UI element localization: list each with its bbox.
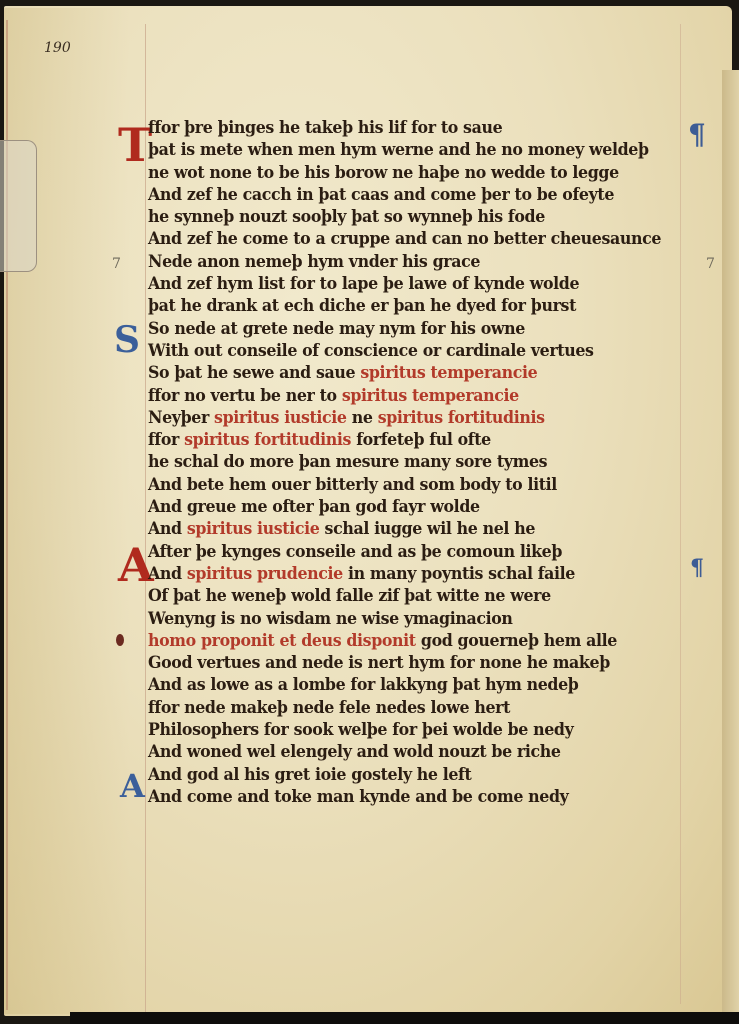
body-text: ffor no vertu be ner to (148, 386, 342, 406)
body-text: Philosophers for sook welþe for þei wold… (148, 720, 573, 740)
text-line: ffor þre þinges he takeþ his lif for to … (148, 117, 687, 139)
body-text: Wenyng is no wisdam ne wise ymaginacion (148, 609, 513, 629)
rubric-text: spiritus temperancie (342, 386, 519, 406)
text-line: he synneþ nouzt sooþly þat so wynneþ his… (148, 206, 687, 228)
rubric-text: spiritus iusticie (214, 408, 347, 428)
text-line: And zef he cacch in þat caas and come þe… (148, 184, 687, 206)
text-line: So nede at grete nede may nym for his ow… (148, 318, 687, 340)
body-text: he synneþ nouzt sooþly þat so wynneþ his… (148, 207, 545, 227)
body-text: god gouerneþ hem alle (416, 631, 617, 651)
text-line: ffor nede makeþ nede fele nedes lowe her… (148, 697, 687, 719)
body-text: And bete hem ouer bitterly and som body … (148, 475, 557, 495)
text-line: Philosophers for sook welþe for þei wold… (148, 719, 687, 741)
rubric-text: spiritus prudencie (187, 564, 343, 584)
text-line: And woned wel elengely and wold nouzt be… (148, 741, 687, 763)
decorated-initial-blue: A (120, 770, 145, 802)
text-line: After þe kynges conseile and as þe comou… (148, 541, 687, 563)
body-text: And zef he cacch in þat caas and come þe… (148, 185, 614, 205)
body-text: in many poyntis schal faile (343, 564, 575, 584)
folio-number: 190 (44, 40, 71, 56)
rubric-text: spiritus fortitudinis (184, 430, 351, 450)
body-text: Good vertues and nede is nert hym for no… (148, 653, 610, 673)
text-line: Neyþer spiritus iusticie ne spiritus for… (148, 407, 687, 429)
text-line: Nede anon nemeþ hym vnder his grace (148, 251, 687, 273)
body-text: ne (347, 408, 378, 428)
body-text: And (148, 564, 187, 584)
body-text: he schal do more þan mesure many sore ty… (148, 452, 547, 472)
text-line: þat is mete when men hym werne and he no… (148, 139, 687, 161)
text-line: Of þat he weneþ wold falle zif þat witte… (148, 585, 687, 607)
body-text: ne wot none to be his borow ne haþe no w… (148, 163, 619, 183)
body-text: And zef hym list for to lape þe lawe of … (148, 274, 579, 294)
decorated-initial-blue: S (114, 322, 140, 358)
text-line: And bete hem ouer bitterly and som body … (148, 474, 687, 496)
text-line: And spiritus iusticie schal iugge wil he… (148, 518, 687, 540)
body-text: ffor þre þinges he takeþ his lif for to … (148, 118, 502, 138)
margin-mark-left: 7 (112, 256, 121, 272)
manuscript-text-block: ffor þre þinges he takeþ his lif for to … (148, 117, 728, 808)
text-line: And greue me ofter þan god fayr wolde (148, 496, 687, 518)
text-line: Wenyng is no wisdam ne wise ymaginacion (148, 608, 687, 630)
body-text: Nede anon nemeþ hym vnder his grace (148, 252, 480, 272)
rubric-text: homo proponit et deus disponit (148, 631, 416, 651)
body-text: So nede at grete nede may nym for his ow… (148, 319, 525, 339)
body-text: schal iugge wil he nel he (319, 519, 535, 539)
text-line: he schal do more þan mesure many sore ty… (148, 451, 687, 473)
body-text: ffor nede makeþ nede fele nedes lowe her… (148, 698, 510, 718)
body-text: And zef he come to a cruppe and can no b… (148, 229, 661, 249)
text-line: ne wot none to be his borow ne haþe no w… (148, 162, 687, 184)
text-line: ffor spiritus fortitudinis forfeteþ ful … (148, 429, 687, 451)
text-line: ffor no vertu be ner to spiritus tempera… (148, 385, 687, 407)
body-text: After þe kynges conseile and as þe comou… (148, 542, 562, 562)
ruled-margin-left (145, 24, 146, 1014)
body-text: And god al his gret ioie gostely he left (148, 765, 471, 785)
body-text: þat he drank at ech diche er þan he dyed… (148, 296, 576, 316)
text-line: Good vertues and nede is nert hym for no… (148, 652, 687, 674)
body-text: Neyþer (148, 408, 214, 428)
text-line: And zef hym list for to lape þe lawe of … (148, 273, 687, 295)
rubric-text: spiritus temperancie (360, 363, 537, 383)
body-text: And come and toke man kynde and be come … (148, 787, 568, 807)
body-text: forfeteþ ful ofte (351, 430, 491, 450)
text-line: So þat he sewe and saue spiritus tempera… (148, 362, 687, 384)
page-tab-marker (0, 140, 37, 272)
text-line: þat he drank at ech diche er þan he dyed… (148, 295, 687, 317)
body-text: And greue me ofter þan god fayr wolde (148, 497, 480, 517)
body-text: ffor (148, 430, 184, 450)
text-line: With out conseile of conscience or cardi… (148, 340, 687, 362)
text-line: And as lowe as a lombe for lakkyng þat h… (148, 674, 687, 696)
scan-background (70, 1012, 739, 1024)
body-text: And as lowe as a lombe for lakkyng þat h… (148, 675, 578, 695)
rubric-text: spiritus fortitudinis (378, 408, 545, 428)
body-text: And woned wel elengely and wold nouzt be… (148, 742, 561, 762)
text-line: And zef he come to a cruppe and can no b… (148, 228, 687, 250)
body-text: Of þat he weneþ wold falle zif þat witte… (148, 586, 551, 606)
text-line: homo proponit et deus disponit god gouer… (148, 630, 687, 652)
body-text: þat is mete when men hym werne and he no… (148, 140, 649, 160)
ink-blot (116, 634, 124, 646)
body-text: And (148, 519, 187, 539)
body-text: So þat he sewe and saue (148, 363, 360, 383)
text-line: And spiritus prudencie in many poyntis s… (148, 563, 687, 585)
body-text: With out conseile of conscience or cardi… (148, 341, 594, 361)
text-line: And god al his gret ioie gostely he left (148, 764, 687, 786)
text-line: And come and toke man kynde and be come … (148, 786, 687, 808)
rubric-text: spiritus iusticie (187, 519, 320, 539)
